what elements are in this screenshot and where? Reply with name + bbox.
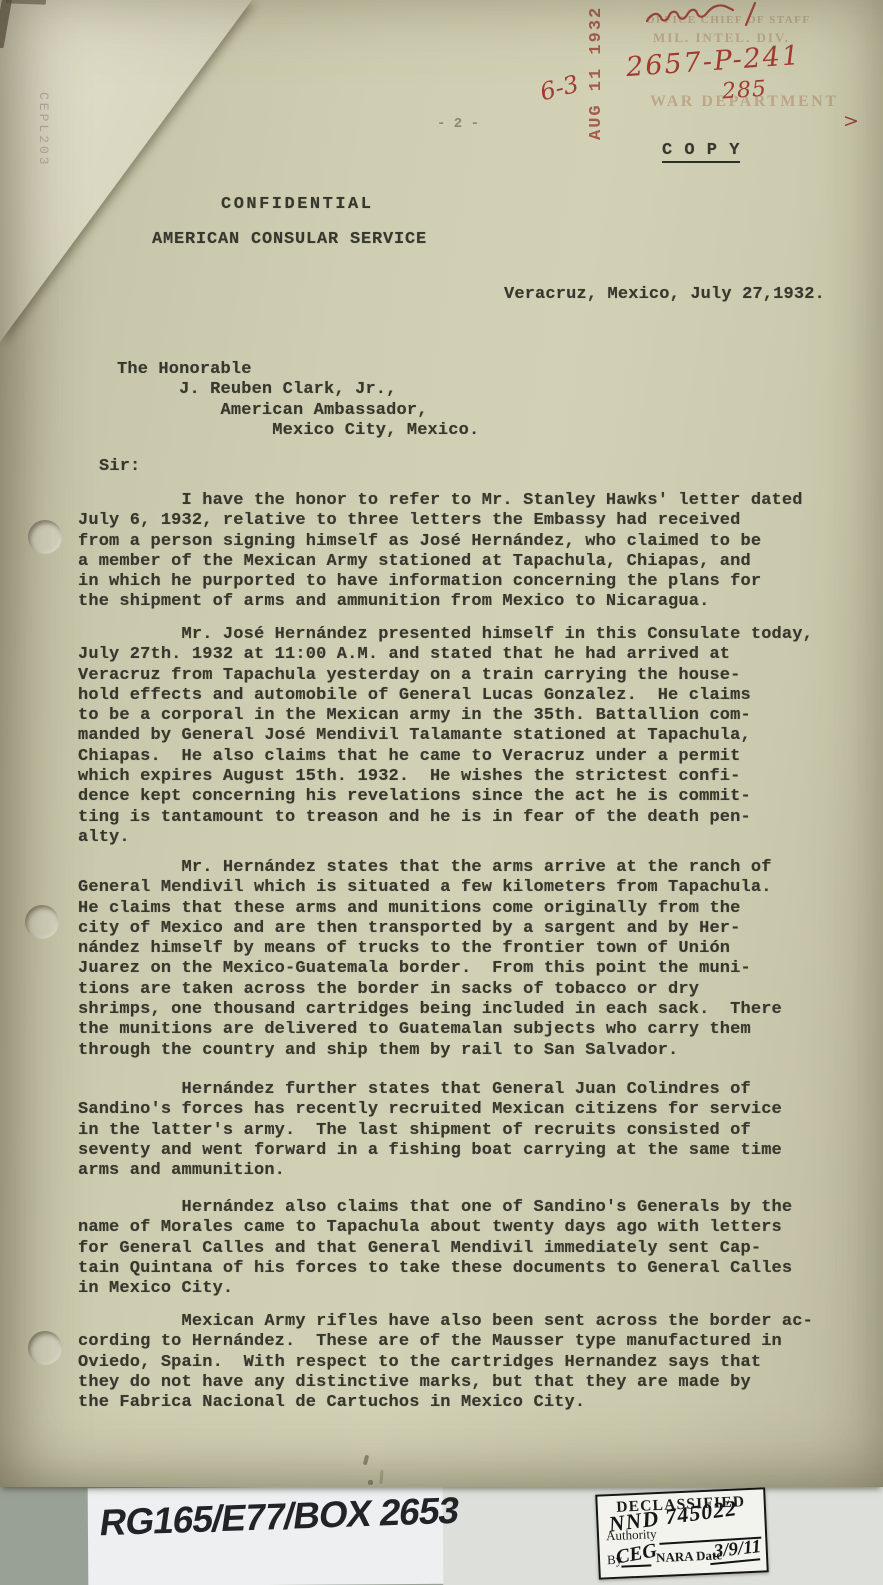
dateline: Veracruz, Mexico, July 27,1932. (504, 285, 825, 305)
body-paragraph-6: Mexican Army rifles have also been sent … (78, 1312, 813, 1413)
punch-hole-top (28, 520, 62, 554)
page-number: - 2 - (437, 116, 479, 132)
recipient-block: The Honorable J. Reuben Clark, Jr., Amer… (117, 360, 479, 441)
body-paragraph-3: Mr. Hernández states that the arms arriv… (78, 858, 782, 1061)
body-paragraph-1: I have the honor to refer to Mr. Stanley… (78, 491, 803, 613)
arrow-annotation: > (843, 110, 859, 132)
punch-hole-bottom (28, 1331, 62, 1365)
punch-hole-middle (25, 905, 59, 939)
body-paragraph-4: Hernández further states that General Ju… (78, 1080, 782, 1181)
fold-stamp: CEPL203 (36, 92, 51, 168)
body-paragraph-5: Hernández also claims that one of Sandin… (78, 1198, 792, 1299)
copy-heading: C O P Y (662, 141, 740, 161)
ink-smudge (368, 1480, 373, 1485)
received-date-stamp: AUG 11 1932 (587, 22, 606, 140)
body-paragraph-2: Mr. José Hernández presented himself in … (78, 625, 813, 848)
folded-page-corner (0, 0, 252, 342)
copy-heading-text: C O P Y (662, 141, 740, 163)
pen-scribble-mark (643, 1, 768, 29)
secondary-number-annotation: 285 (721, 76, 768, 104)
scanned-document-photo: RG165/E77/BOX 2653 DECLASSIFIED Authorit… (0, 0, 883, 1585)
by-underline (621, 1564, 651, 1567)
declassified-stamp: DECLASSIFIED Authority NND 745022 By CEG… (595, 1487, 769, 1579)
salutation: Sir: (99, 457, 140, 477)
